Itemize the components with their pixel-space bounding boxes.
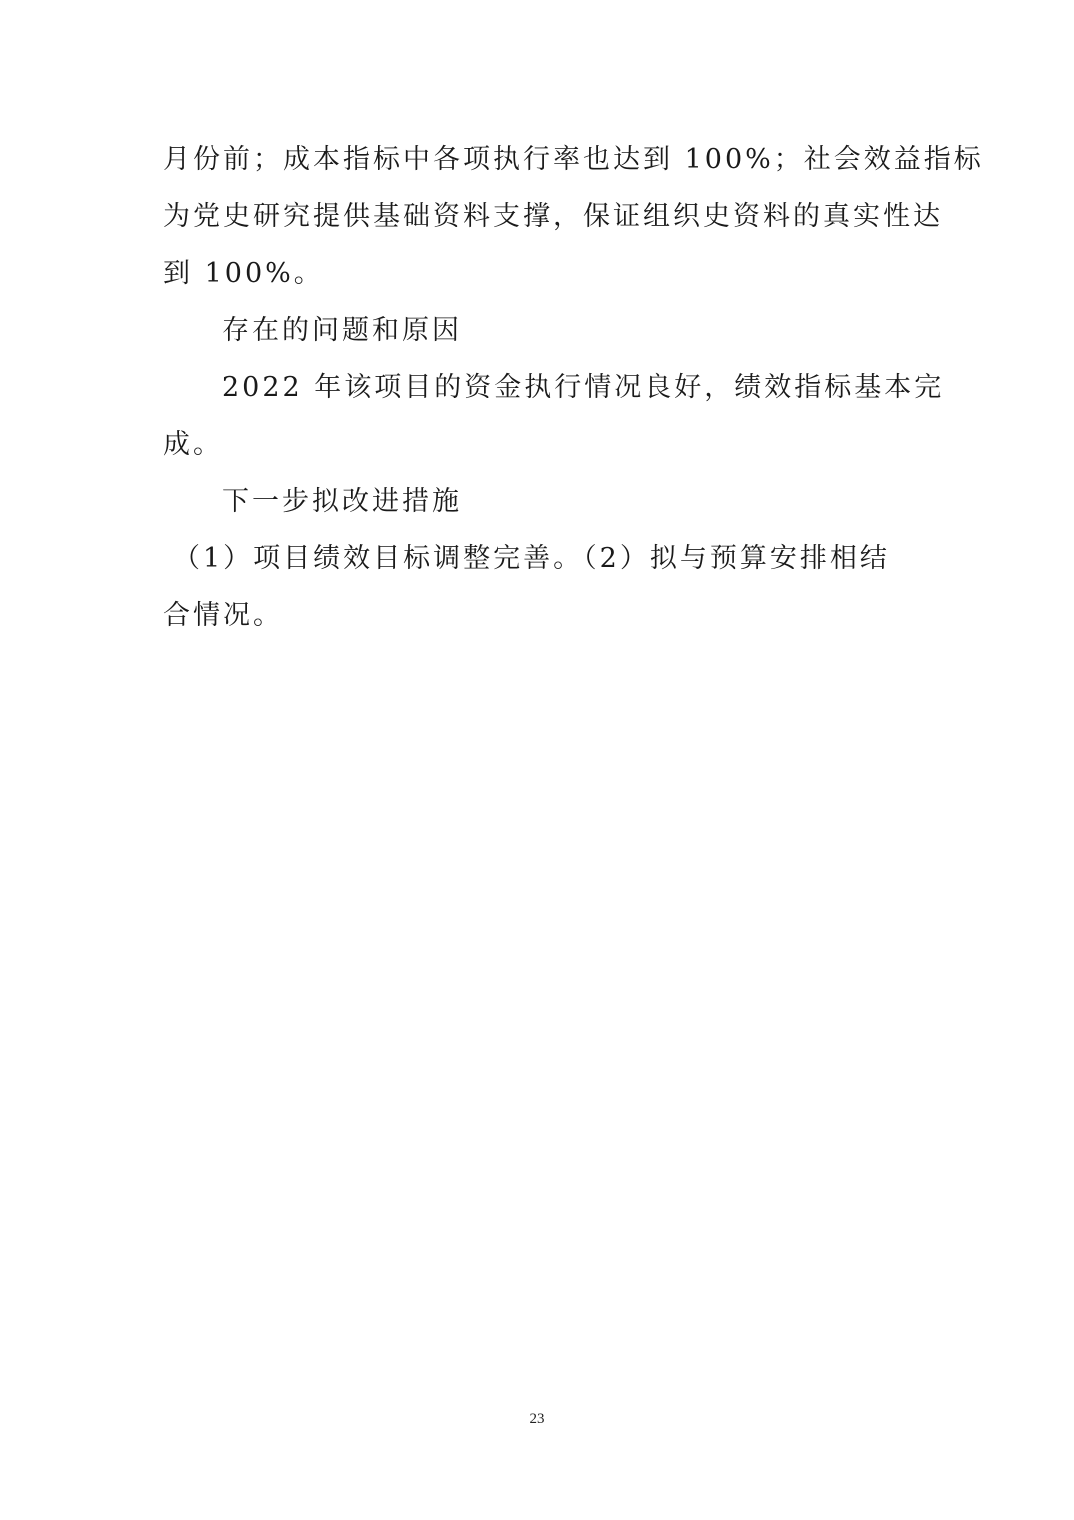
paragraph-line: 2022 年该项目的资金执行情况良好，绩效指标基本完 (222, 368, 982, 408)
paragraph-line: 成。 (163, 425, 923, 465)
section-heading-problems: 存在的问题和原因 (222, 311, 982, 351)
paragraph-line: 月份前；成本指标中各项执行率也达到 100%；社会效益指标 (163, 140, 923, 180)
paragraph-line: 到 100%。 (163, 254, 923, 294)
paragraph-line: 为党史研究提供基础资料支撑，保证组织史资料的真实性达 (163, 197, 923, 237)
paragraph-line: （1）项目绩效目标调整完善。（2）拟与预算安排相结 (173, 539, 933, 579)
document-page: 月份前；成本指标中各项执行率也达到 100%；社会效益指标 为党史研究提供基础资… (0, 0, 1074, 1520)
paragraph-line: 合情况。 (163, 596, 923, 636)
page-number: 23 (0, 1411, 1074, 1428)
section-heading-next-steps: 下一步拟改进措施 (222, 482, 982, 522)
